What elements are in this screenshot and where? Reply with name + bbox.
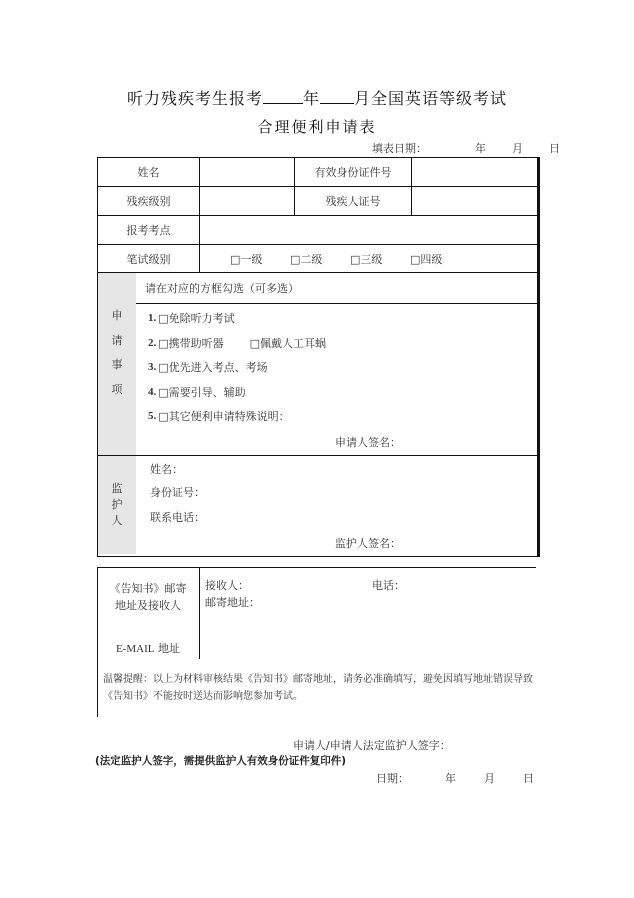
disability-level-label: 残疾级别	[98, 187, 199, 215]
request-content: 请在对应的方框勾选（可多选） 1.□免除听力考试 2.□携带助听器□佩戴人工耳蜗…	[136, 273, 537, 455]
mailing-divider	[199, 567, 200, 659]
level-3-checkbox[interactable]: □三级	[350, 251, 410, 267]
level-4-checkbox[interactable]: □四级	[410, 251, 470, 267]
address-field[interactable]: 邮寄地址：	[205, 594, 260, 610]
table-row-disability: 残疾级别 残疾人证号	[98, 187, 537, 216]
title-month-suffix: 月全国英语等级考试	[354, 89, 507, 108]
title-year-suffix: 年	[303, 89, 320, 108]
exam-site-label: 报考考点	[98, 216, 199, 244]
final-signature: 申请人/申请人法定监护人签字：	[293, 737, 451, 753]
id-label: 有效身份证件号	[294, 158, 411, 186]
mailing-top-border	[97, 567, 536, 568]
disability-level-field[interactable]	[199, 187, 294, 215]
written-level-label: 笔试级别	[98, 245, 199, 272]
request-instruction: 请在对应的方框勾选（可多选）	[136, 273, 537, 304]
sign-date: 日期：年月日	[376, 770, 534, 786]
request-item-4[interactable]: 4.□需要引导、辅助	[136, 380, 537, 405]
email-label: E-MAIL 地址	[100, 640, 196, 656]
table-row-exam-site: 报考考点	[98, 216, 537, 245]
fill-date: 填表日期：年月日	[372, 140, 560, 156]
application-table: 姓名 有效身份证件号 残疾级别 残疾人证号 报考考点 笔试级别 □一级 □二级 …	[97, 157, 540, 557]
request-item-2[interactable]: 2.□携带助听器□佩戴人工耳蜗	[136, 331, 537, 356]
request-item-3[interactable]: 3.□优先进入考点、考场	[136, 355, 537, 380]
name-label: 姓名	[98, 158, 199, 186]
written-level-options: □一级 □二级 □三级 □四级	[199, 245, 537, 272]
guardian-side-label: 监 护 人	[98, 456, 136, 554]
guardian-phone[interactable]: 联系电话：	[136, 505, 537, 530]
disability-cert-label: 残疾人证号	[294, 187, 411, 215]
guardian-signature: 监护人签名：	[136, 530, 537, 556]
name-field[interactable]	[199, 158, 294, 186]
form-title: 听力残疾考生报考年月全国英语等级考试	[0, 86, 634, 109]
reminder-notice: 温馨提醒：以上为材料审核结果《告知书》邮寄地址，请务必准确填写，避免因填写地址错…	[103, 671, 535, 705]
table-row-written-level: 笔试级别 □一级 □二级 □三级 □四级	[98, 245, 537, 273]
title-prefix: 听力残疾考生报考	[127, 89, 263, 108]
month-blank[interactable]	[320, 89, 354, 104]
receiver-field[interactable]: 接收人：	[205, 577, 249, 593]
request-item-1[interactable]: 1.□免除听力考试	[136, 306, 537, 331]
level-1-checkbox[interactable]: □一级	[230, 251, 290, 267]
mailing-label: 《告知书》邮寄 地址及接收人	[100, 580, 196, 614]
applicant-signature: 申请人签名：	[136, 429, 537, 455]
guardian-id[interactable]: 身份证号：	[136, 480, 537, 505]
guardian-note: (法定监护人签字，需提供监护人有效身份证件复印件)	[95, 753, 346, 768]
fill-date-day: 日	[549, 140, 560, 156]
fill-date-label: 填表日期：	[372, 140, 427, 156]
request-side-label: 申 请 事 项	[98, 273, 136, 455]
guardian-content: 姓名： 身份证号： 联系电话： 监护人签名：	[136, 456, 537, 556]
phone-field[interactable]: 电话：	[372, 577, 405, 593]
level-2-checkbox[interactable]: □二级	[290, 251, 350, 267]
exam-site-field[interactable]	[199, 216, 537, 244]
mailing-left-border	[97, 567, 98, 717]
cochlear-implant-checkbox[interactable]: □佩戴人工耳蜗	[250, 335, 326, 351]
request-item-5[interactable]: 5.□其它便利申请特殊说明：	[136, 404, 537, 429]
request-section: 申 请 事 项 请在对应的方框勾选（可多选） 1.□免除听力考试 2.□携带助听…	[98, 273, 537, 456]
fill-date-year: 年	[475, 140, 486, 156]
fill-date-month: 月	[512, 140, 523, 156]
id-field[interactable]	[411, 158, 537, 186]
guardian-section: 监 护 人 姓名： 身份证号： 联系电话： 监护人签名：	[98, 456, 537, 556]
table-row-name: 姓名 有效身份证件号	[98, 158, 537, 187]
form-subtitle: 合理便利申请表	[0, 116, 634, 137]
guardian-name[interactable]: 姓名：	[136, 458, 537, 480]
disability-cert-field[interactable]	[411, 187, 537, 215]
year-blank[interactable]	[263, 89, 303, 104]
